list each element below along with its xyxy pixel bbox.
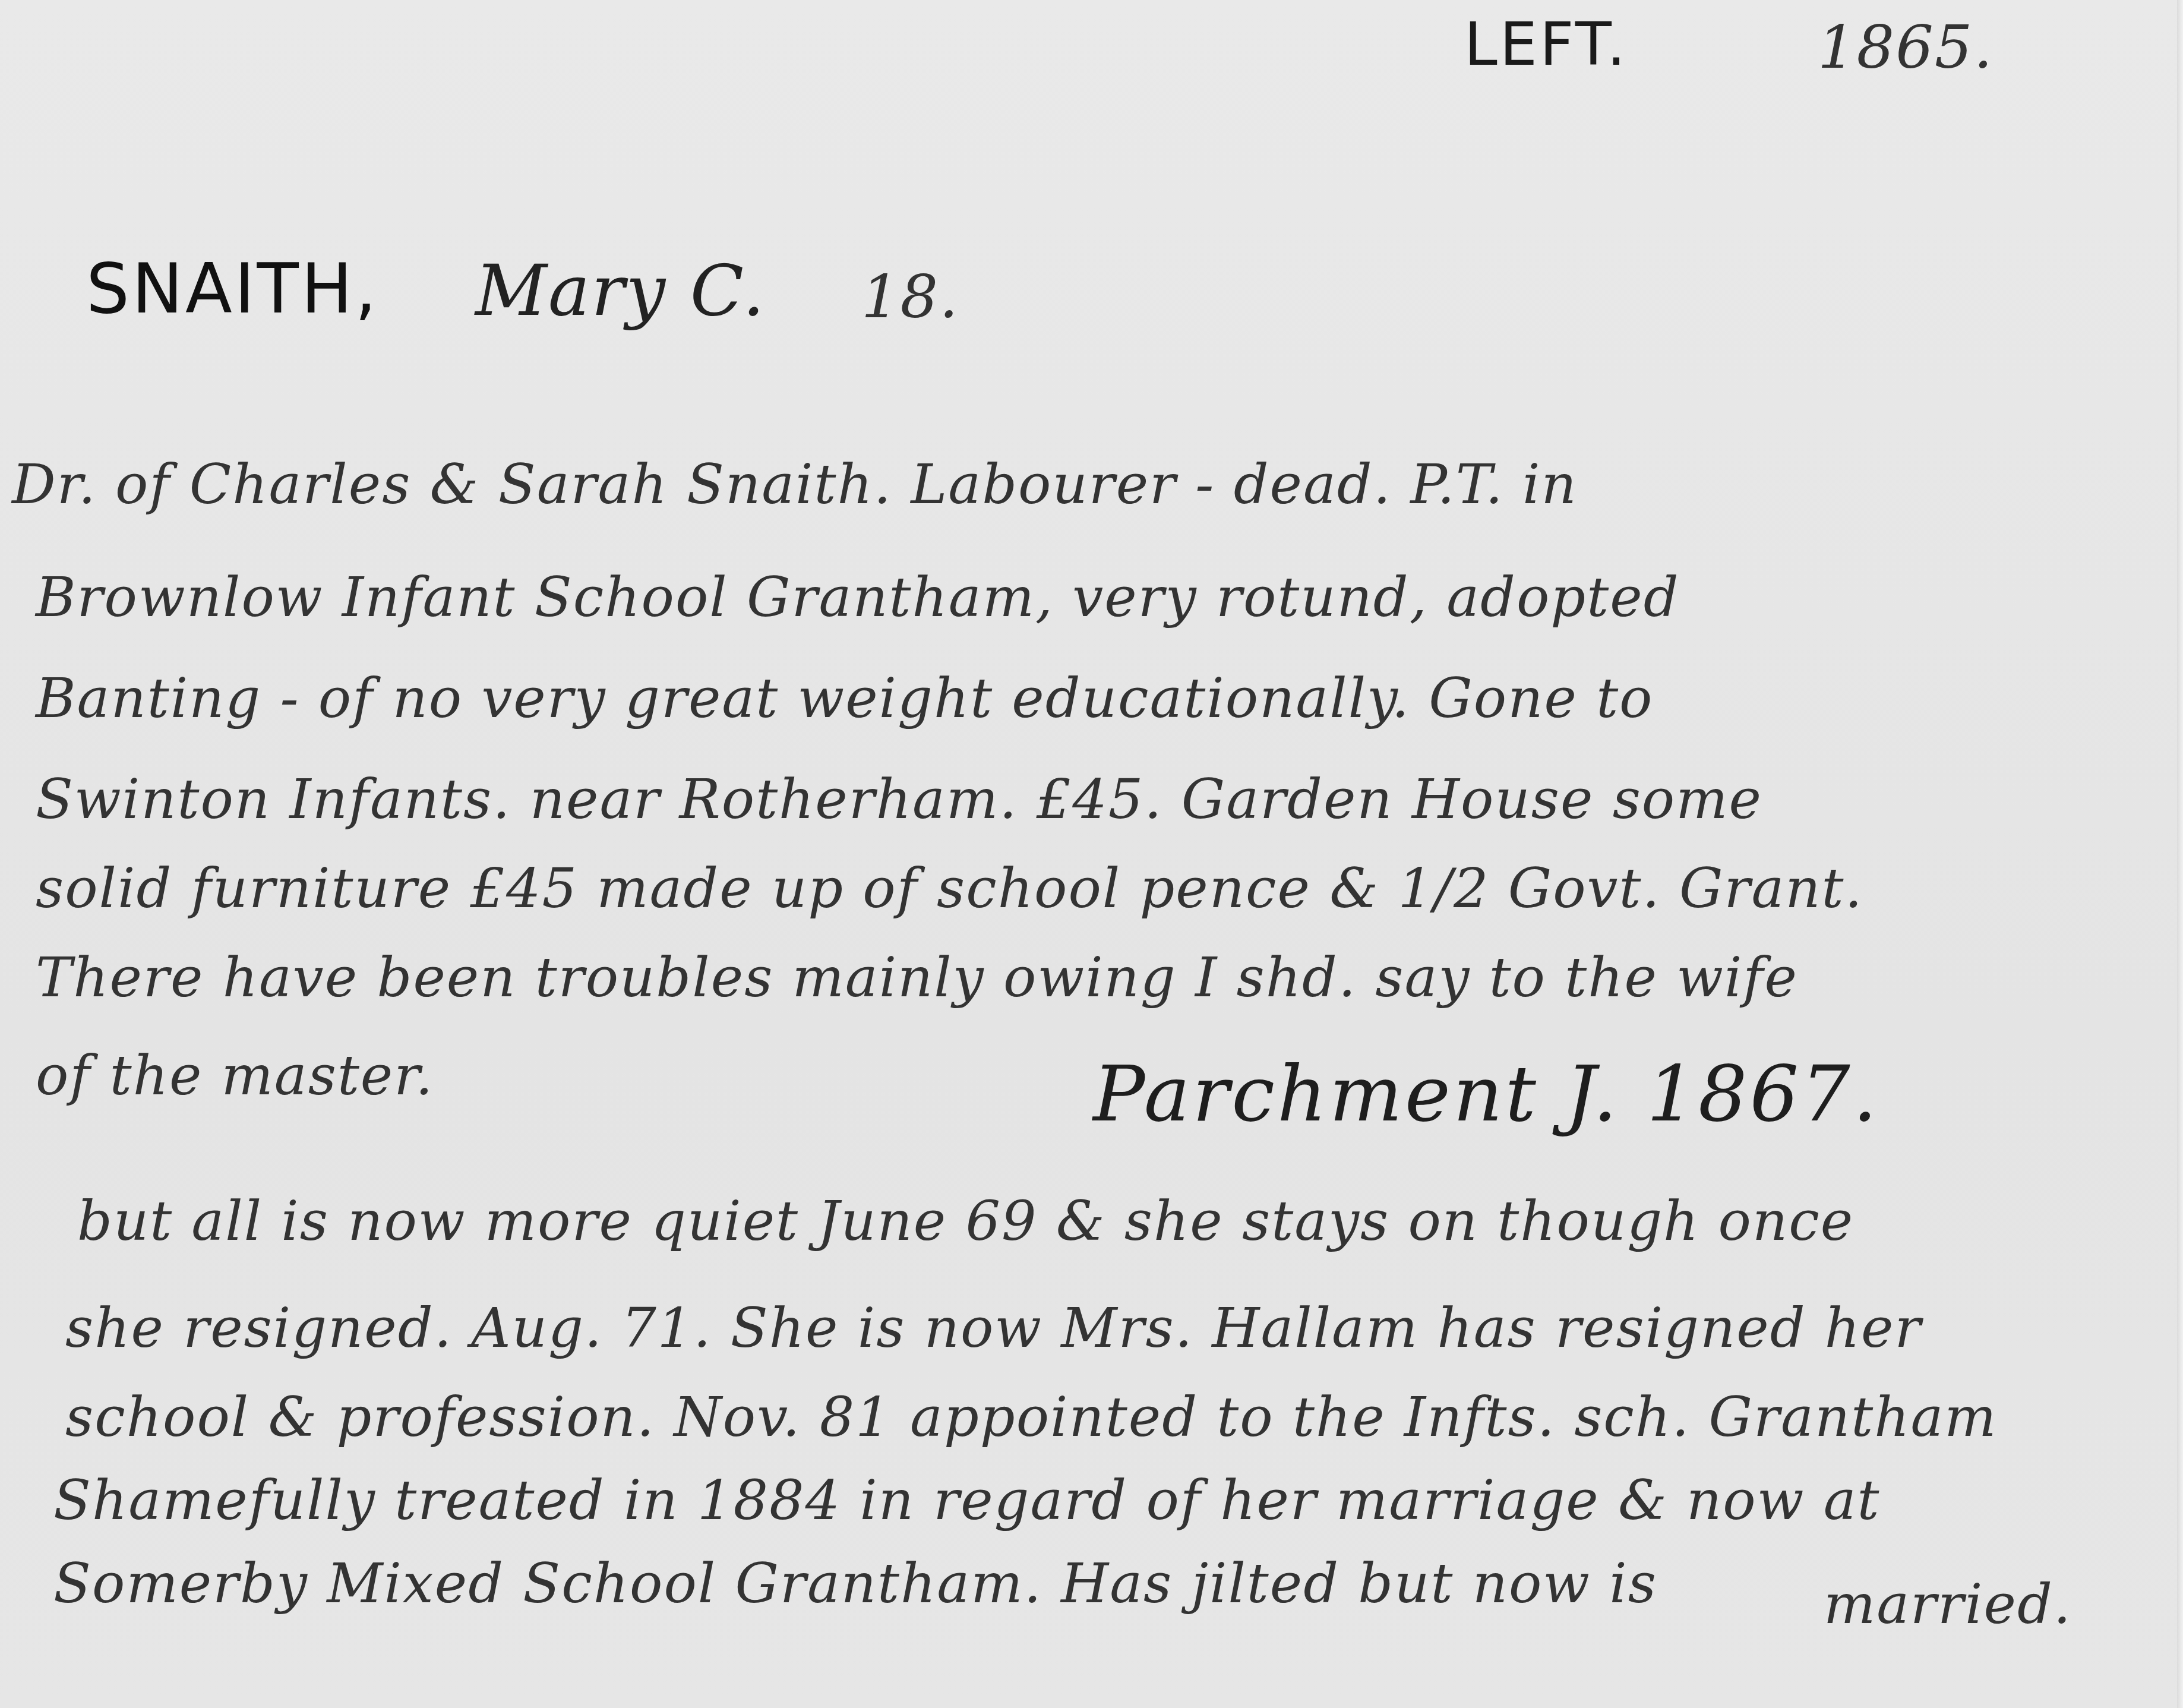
status-label: LEFT.: [1464, 15, 1628, 74]
continuation-line: but all is now more quiet June 69 & she …: [77, 1194, 1854, 1249]
card-edge: [2177, 0, 2183, 1708]
body-line: Banting - of no very great weight educat…: [36, 671, 1654, 726]
body-line: Dr. of Charles & Sarah Snaith. Labourer …: [12, 457, 1578, 512]
continuation-line: Somerby Mixed School Grantham. Has jilte…: [53, 1557, 1657, 1611]
year-label: 1865.: [1818, 18, 1994, 77]
body-line: of the master.: [36, 1049, 434, 1103]
age: 18.: [861, 267, 959, 327]
parchment-note: Parchment J. 1867.: [1093, 1049, 1879, 1139]
record-card: LEFT. 1865. SNAITH, Mary C. 18. Dr. of C…: [0, 0, 2183, 1708]
continuation-line: she resigned. Aug. 71. She is now Mrs. H…: [65, 1301, 1922, 1356]
closing-word: married.: [1824, 1577, 2072, 1632]
continuation-line: Shamefully treated in 1884 in regard of …: [53, 1473, 1881, 1528]
body-line: Swinton Infants. near Rotherham. £45. Ga…: [36, 772, 1762, 827]
forename: Mary C.: [475, 255, 766, 326]
body-line: solid furniture £45 made up of school pe…: [36, 861, 1863, 916]
continuation-line: school & profession. Nov. 81 appointed t…: [65, 1390, 1998, 1445]
body-line: There have been troubles mainly owing I …: [36, 951, 1798, 1005]
surname: SNAITH,: [86, 255, 379, 324]
body-line: Brownlow Infant School Grantham, very ro…: [36, 570, 1680, 625]
